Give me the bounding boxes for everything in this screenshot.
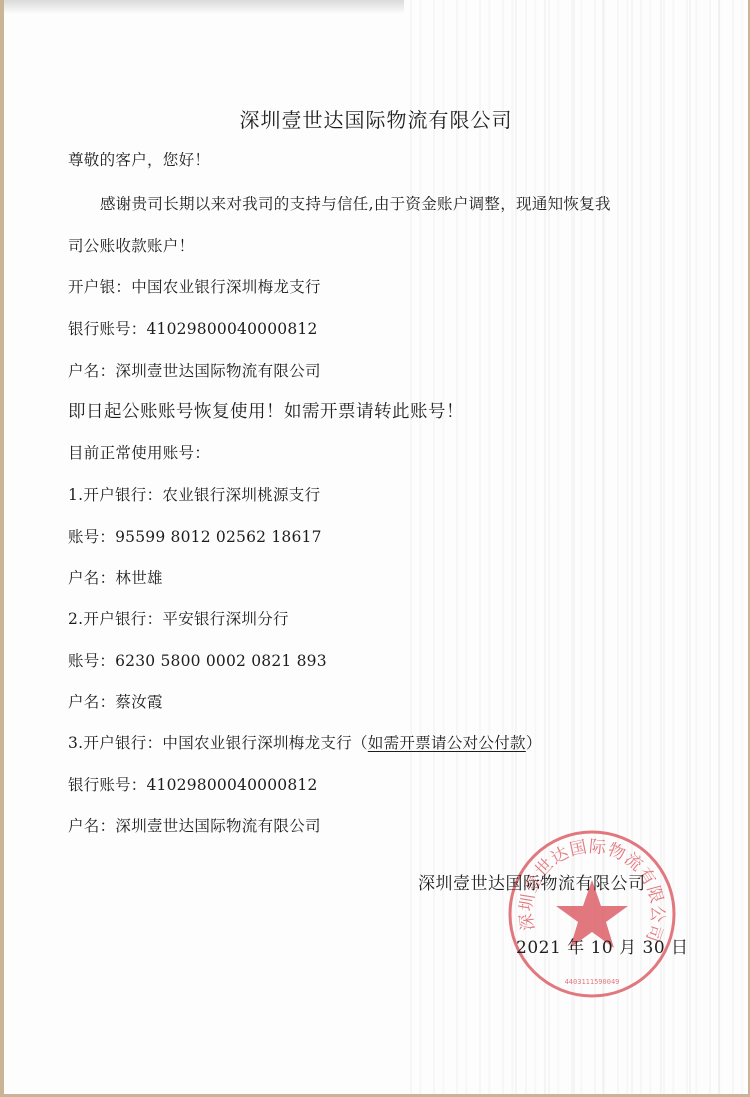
account-3-name: 户名：深圳壹世达国际物流有限公司 xyxy=(68,816,321,836)
account-3-invoice-note: 如需开票请公对公付款 xyxy=(368,734,526,752)
account-2-name: 户名：蔡汝霞 xyxy=(68,692,163,712)
intro-paragraph-line-2: 司公账收款账户！ xyxy=(68,236,194,256)
account-3-note-close: ） xyxy=(526,734,542,752)
intro-paragraph-line-1: 感谢贵司长期以来对我司的支持与信任,由于资金账户调整，现通知恢复我 xyxy=(100,194,611,214)
notice-text: 即日起公账账号恢复使用！如需开票请转此账号！ xyxy=(68,402,464,422)
letter-title: 深圳壹世达国际物流有限公司 xyxy=(4,104,748,133)
company-seal-stamp-icon: 深圳壹世达国际物流有限公司 4403111590049 xyxy=(506,828,678,1000)
account-1-number: 账号：95599 8012 02562 18617 xyxy=(68,527,322,547)
account-1-name: 户名：林世雄 xyxy=(68,568,163,588)
scan-shadow xyxy=(4,0,404,14)
restored-account-name: 户名：深圳壹世达国际物流有限公司 xyxy=(68,361,321,381)
current-accounts-heading: 目前正常使用账号： xyxy=(68,443,210,463)
account-3-bank: 3.开户银行：中国农业银行深圳梅龙支行 xyxy=(68,734,352,752)
signature-date: 2021 年 10 月 30 日 xyxy=(516,933,689,958)
account-3-number: 银行账号：41029800040000812 xyxy=(68,775,318,795)
svg-text:4403111590049: 4403111590049 xyxy=(565,978,620,986)
account-2-number: 账号：6230 5800 0002 0821 893 xyxy=(68,651,327,671)
scan-streaks xyxy=(404,0,748,1094)
restored-bank-name: 开户银：中国农业银行深圳梅龙支行 xyxy=(68,277,321,297)
restored-account-number: 银行账号：41029800040000812 xyxy=(68,319,318,339)
greeting: 尊敬的客户，您好！ xyxy=(68,150,210,170)
account-1-bank: 1.开户银行：农业银行深圳桃源支行 xyxy=(68,485,320,505)
account-3-bank-line: 3.开户银行：中国农业银行深圳梅龙支行（如需开票请公对公付款） xyxy=(68,733,542,753)
scanned-letter-page: 深圳壹世达国际物流有限公司 尊敬的客户，您好！ 感谢贵司长期以来对我司的支持与信… xyxy=(4,0,748,1094)
signature-company: 深圳壹世达国际物流有限公司 xyxy=(418,869,646,894)
account-2-bank: 2.开户银行：平安银行深圳分行 xyxy=(68,609,289,629)
scan-streaks xyxy=(504,0,724,1094)
account-3-note-open: （ xyxy=(352,734,368,752)
